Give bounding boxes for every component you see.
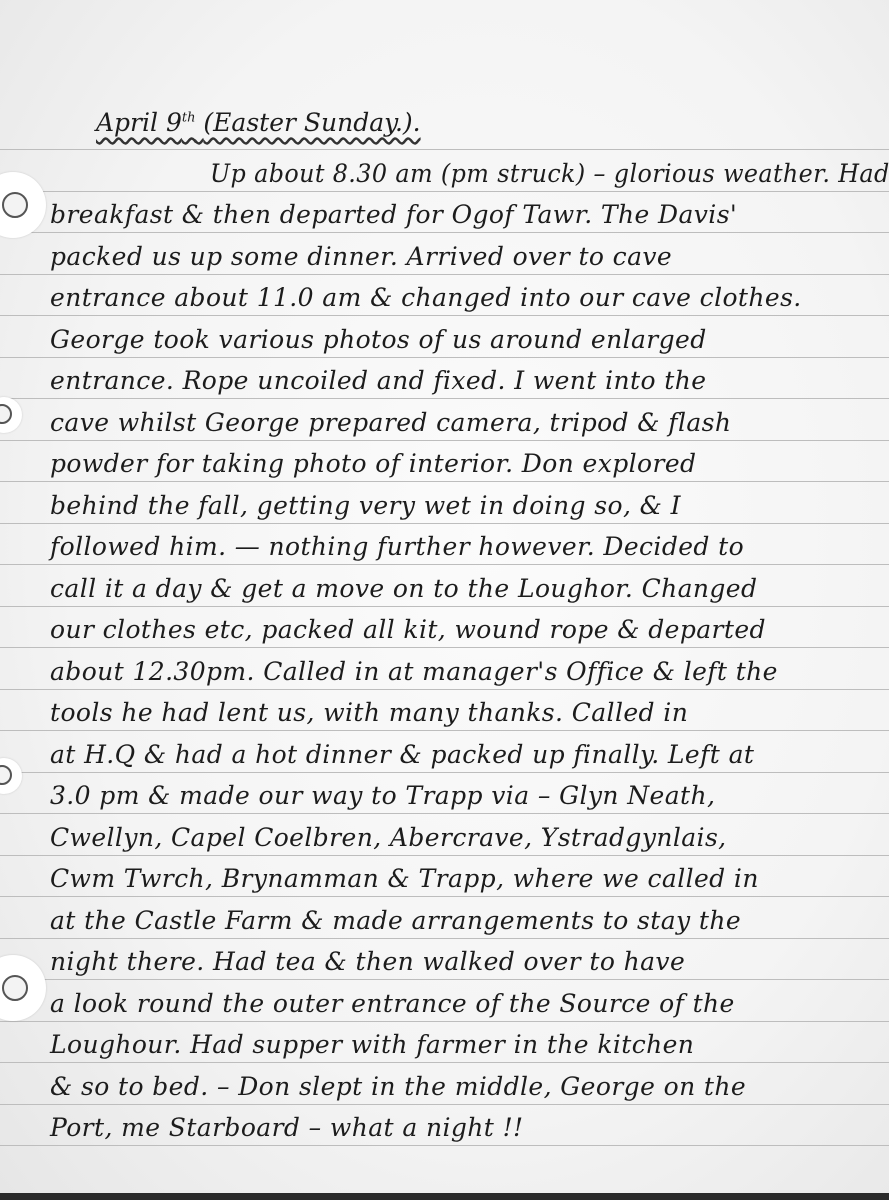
ruled-line [0,481,889,482]
ruled-line [0,979,889,980]
text-line: Loughour. Had supper with farmer in the … [50,1030,881,1059]
ruled-line [0,730,889,731]
ruled-line [0,1021,889,1022]
text-line: call it a day & get a move on to the Lou… [50,574,881,603]
ruled-line [0,191,889,192]
ruled-line [0,398,889,399]
notebook-page: April 9th (Easter Sunday.). Up about 8.3… [0,0,889,1196]
ruled-line [0,523,889,524]
text-line: behind the fall, getting very wet in doi… [50,491,881,520]
ruled-line [0,149,889,150]
text-line: night there. Had tea & then walked over … [50,947,881,976]
text-line: a look round the outer entrance of the S… [50,989,881,1018]
ruled-line [0,1104,889,1105]
ruled-line [0,232,889,233]
text-line: Port, me Starboard – what a night !! [50,1113,881,1142]
ruled-line [0,938,889,939]
text-line: & so to bed. – Don slept in the middle, … [50,1072,881,1101]
ruled-line [0,813,889,814]
text-line: George took various photos of us around … [50,325,881,354]
text-line: entrance. Rope uncoiled and fixed. I wen… [50,366,881,395]
page-edge-shadow [0,1193,889,1200]
entry-note: (Easter Sunday.). [203,108,420,137]
ruled-line [0,357,889,358]
punch-hole [0,758,22,794]
text-line: cave whilst George prepared camera, trip… [50,408,881,437]
text-line: at the Castle Farm & made arrangements t… [50,906,881,935]
text-line: Cwm Twrch, Brynamman & Trapp, where we c… [50,864,881,893]
entry-heading: April 9th (Easter Sunday.). [96,108,421,137]
text-line: 3.0 pm & made our way to Trapp via – Gly… [50,781,881,810]
text-line: Cwellyn, Capel Coelbren, Abercrave, Ystr… [50,823,881,852]
ruled-line [0,896,889,897]
text-line: our clothes etc, packed all kit, wound r… [50,615,881,644]
ruled-line [0,564,889,565]
punch-hole [0,172,46,238]
ruled-line [0,772,889,773]
ruled-line [0,1062,889,1063]
ruled-line [0,440,889,441]
entry-date: April 9 [96,108,182,137]
text-line: packed us up some dinner. Arrived over t… [50,242,881,271]
punch-hole [0,397,22,433]
text-line: followed him. — nothing further however.… [50,532,881,561]
ruled-line [0,274,889,275]
punch-hole [0,955,46,1021]
text-line: breakfast & then departed for Ogof Tawr.… [50,200,881,229]
date-suffix: th [182,111,196,126]
ruled-line [0,606,889,607]
ruled-line [0,315,889,316]
ruled-line [0,1145,889,1146]
text-line: at H.Q & had a hot dinner & packed up fi… [50,740,881,769]
text-line: tools he had lent us, with many thanks. … [50,698,881,727]
text-line: Up about 8.30 am (pm struck) – glorious … [210,159,850,188]
ruled-line [0,689,889,690]
ruled-line [0,855,889,856]
text-line: powder for taking photo of interior. Don… [50,449,881,478]
text-line: entrance about 11.0 am & changed into ou… [50,283,881,312]
text-line: about 12.30pm. Called in at manager's Of… [50,657,881,686]
ruled-line [0,647,889,648]
